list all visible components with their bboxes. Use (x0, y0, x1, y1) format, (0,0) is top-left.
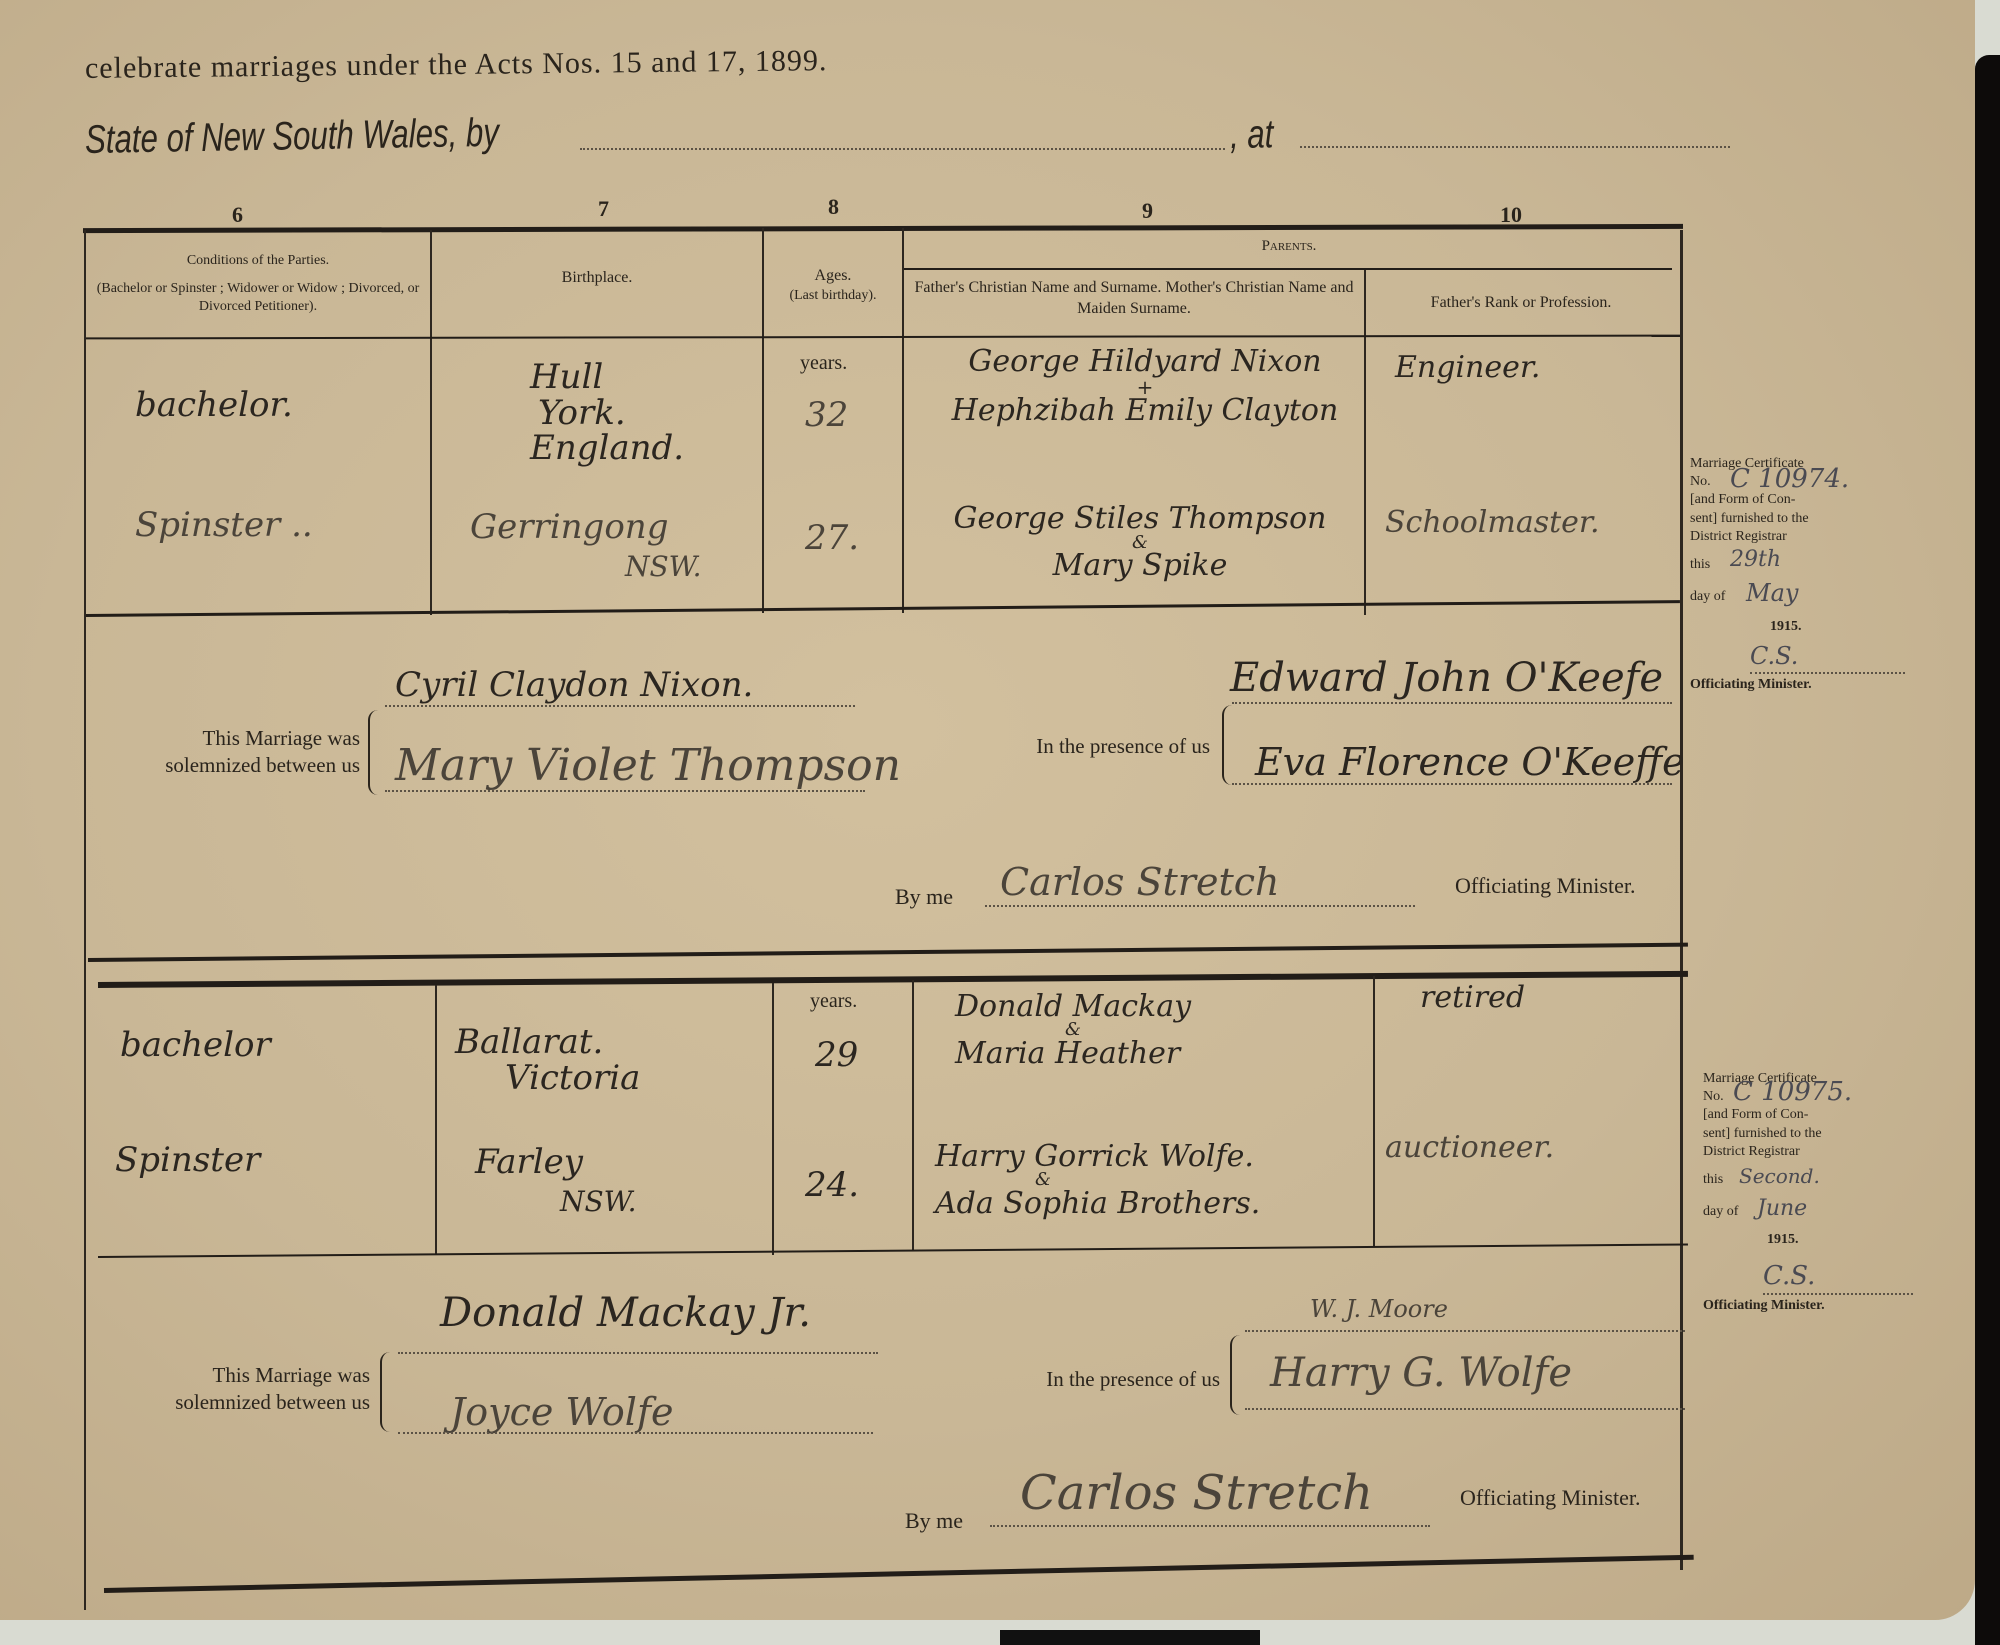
margin-line: sent] furnished to the (1703, 1125, 1903, 1143)
brace (380, 1352, 392, 1432)
signature-line (385, 705, 855, 707)
margin-this-label: this (1690, 557, 1710, 572)
column-number-8: 8 (828, 194, 839, 220)
birthplace-line: Farley (475, 1140, 636, 1184)
certificate-year: 1915. (1767, 1231, 1903, 1249)
ages-subtitle: (Last birthday). (764, 287, 902, 305)
bride-age: 24. (805, 1165, 859, 1205)
conjunction: + (925, 380, 1365, 394)
bride-condition: Spinster .. (135, 505, 313, 545)
state-line: State of New South Wales, by , at (85, 118, 1685, 173)
father-name: Harry Gorrick Wolfe. (935, 1140, 1260, 1173)
witnesses-label: In the presence of us (945, 1366, 1220, 1393)
groom-parents: Donald Mackay & Maria Heather (955, 990, 1191, 1070)
header-conditions: Conditions of the Parties. (Bachelor or … (86, 238, 430, 338)
certificate-day: Second. (1739, 1163, 1820, 1189)
col-divider (435, 985, 437, 1255)
signature-line (1232, 702, 1672, 704)
witnesses-label: In the presence of us (950, 733, 1210, 760)
years-label: years. (810, 990, 857, 1013)
minister-signature: Carlos Stretch (1000, 860, 1280, 904)
witness-1-signature: Edward John O'Keefe (1230, 655, 1663, 701)
column-number-6: 6 (232, 202, 243, 228)
by-me-label: By me (895, 884, 953, 910)
book-binding (1975, 55, 2000, 1645)
brace (1222, 705, 1234, 785)
signature-line (1245, 1330, 1685, 1332)
margin-no-label: No. (1690, 474, 1711, 489)
column-number-7: 7 (598, 196, 609, 222)
certificate-month: May (1746, 578, 1798, 609)
margin-line: sent] furnished to the (1690, 510, 1890, 528)
certificate-day: 29th (1730, 546, 1781, 575)
column-number-9: 9 (1142, 198, 1153, 224)
years-label: years. (800, 352, 847, 375)
solemnized-label-line-1: This Marriage was (110, 725, 360, 752)
witness-1-signature: W. J. Moore (1310, 1295, 1448, 1323)
conjunction: & (955, 1023, 1191, 1037)
groom-age: 29 (815, 1035, 858, 1075)
birthplace-line: England. (530, 431, 684, 467)
margin-no-label: No. (1703, 1089, 1724, 1104)
margin-day-of-label: day of (1690, 589, 1725, 604)
certificate-year: 1915. (1770, 618, 1890, 636)
birthplace-line: Gerringong (470, 505, 701, 549)
solemnized-label-line-1: This Marriage was (105, 1362, 370, 1389)
conditions-title: Conditions of the Parties. (86, 252, 430, 270)
solemnized-label: This Marriage was solemnized between us (110, 725, 360, 780)
next-page-edge (1000, 1630, 1260, 1645)
minister-signature: Carlos Stretch (1020, 1465, 1373, 1521)
margin-day-of-label: day of (1703, 1204, 1738, 1219)
solemnized-label-line-2: solemnized between us (110, 752, 360, 779)
certificate-month: June (1757, 1195, 1807, 1224)
col-divider (1373, 976, 1375, 1246)
bride-father-rank: Schoolmaster. (1385, 505, 1600, 540)
mother-name: Maria Heather (955, 1037, 1191, 1070)
groom-father-rank: Engineer. (1395, 350, 1540, 385)
witness-2-signature: Harry G. Wolfe (1270, 1350, 1572, 1396)
solemnized-label-line-2: solemnized between us (105, 1389, 370, 1416)
minister-title: Officiating Minister. (1460, 1485, 1640, 1511)
brace (1230, 1335, 1242, 1415)
groom-parents: George Hildyard Nixon + Hephzibah Emily … (925, 345, 1365, 428)
col-divider (902, 228, 904, 613)
signature-line (985, 905, 1415, 907)
bride-signature: Joyce Wolfe (450, 1390, 674, 1434)
conditions-subtitle: (Bachelor or Spinster ; Widower or Widow… (86, 280, 430, 316)
signature-line (1232, 783, 1672, 785)
bride-birthplace: Farley NSW. (475, 1140, 636, 1221)
margin-note-1: Marriage Certificate No.C 10974. [and Fo… (1690, 455, 1890, 694)
signature-line (398, 1432, 873, 1434)
bride-signature: Mary Violet Thompson (395, 740, 955, 791)
bride-father-rank: auctioneer. (1385, 1130, 1554, 1165)
bride-parents: George Stiles Thompson & Mary Spike (915, 502, 1365, 584)
state-prefix: State of New South Wales, by (85, 111, 500, 163)
table-left-rule (84, 230, 86, 1610)
mother-name: Mary Spike (915, 549, 1365, 584)
birthplace-line: Ballarat. (455, 1025, 640, 1061)
header-birthplace: Birthplace. (432, 268, 762, 289)
header-parents: Parents. (904, 237, 1674, 257)
minister-title: Officiating Minister. (1455, 873, 1635, 899)
birthplace-line: York. (530, 396, 684, 432)
groom-birthplace: Ballarat. Victoria (455, 1025, 640, 1096)
minister-initials: C.S. (1763, 1260, 1913, 1296)
birthplace-line: Victoria (455, 1061, 640, 1097)
groom-signature: Donald Mackay Jr. (440, 1290, 811, 1336)
margin-this-label: this (1703, 1172, 1723, 1187)
groom-birthplace: Hull York. England. (530, 360, 684, 467)
witness-2-signature: Eva Florence O'Keeffe (1255, 740, 1685, 784)
bride-parents: Harry Gorrick Wolfe. & Ada Sophia Brothe… (935, 1140, 1260, 1220)
col-divider (772, 983, 774, 1255)
signature-line (990, 1525, 1430, 1527)
conjunction: & (935, 1173, 1260, 1187)
bride-age: 27. (805, 518, 859, 558)
groom-condition: bachelor. (135, 385, 293, 425)
header-parent-names: Father's Christian Name and Surname. Mot… (906, 278, 1362, 320)
groom-condition: bachelor (120, 1025, 271, 1065)
at-field (1300, 146, 1730, 148)
by-me-label: By me (905, 1508, 963, 1534)
certificate-number: C 10975. (1733, 1076, 1852, 1110)
signature-line (385, 790, 865, 792)
solemnized-label: This Marriage was solemnized between us (105, 1362, 370, 1417)
certificate-number: C 10974. (1730, 463, 1849, 497)
signature-line (398, 1352, 878, 1354)
margin-minister-label: Officiating Minister. (1703, 1297, 1903, 1315)
birthplace-line: Hull (530, 360, 684, 396)
margin-line: District Registrar (1690, 528, 1890, 546)
brace (368, 710, 380, 795)
mother-name: Hephzibah Emily Clayton (925, 394, 1365, 429)
margin-note-2: Marriage Certificate No.C 10975. [and Fo… (1703, 1070, 1903, 1315)
groom-father-rank: retired (1420, 980, 1525, 1015)
by-field (580, 148, 1225, 150)
signature-line (1245, 1408, 1685, 1410)
header-ages: Ages. (Last birthday). (764, 266, 902, 305)
bride-birthplace: Gerringong NSW. (470, 505, 701, 586)
minister-initials: C.S. (1750, 641, 1905, 674)
margin-minister-label: Officiating Minister. (1690, 676, 1890, 694)
mother-name: Ada Sophia Brothers. (935, 1187, 1260, 1220)
col-divider (912, 980, 914, 1250)
birthplace-line: NSW. (475, 1184, 636, 1220)
table-right-rule (1680, 230, 1683, 1570)
header-father-rank: Father's Rank or Profession. (1366, 293, 1676, 314)
birthplace-line: NSW. (470, 549, 701, 585)
state-at: , at (1230, 112, 1274, 158)
ages-title: Ages. (764, 266, 902, 287)
bride-condition: Spinster (115, 1140, 260, 1180)
groom-signature: Cyril Claydon Nixon. (395, 665, 855, 705)
margin-line: District Registrar (1703, 1143, 1903, 1161)
parents-rule (904, 268, 1672, 270)
groom-age: 32 (805, 395, 848, 435)
